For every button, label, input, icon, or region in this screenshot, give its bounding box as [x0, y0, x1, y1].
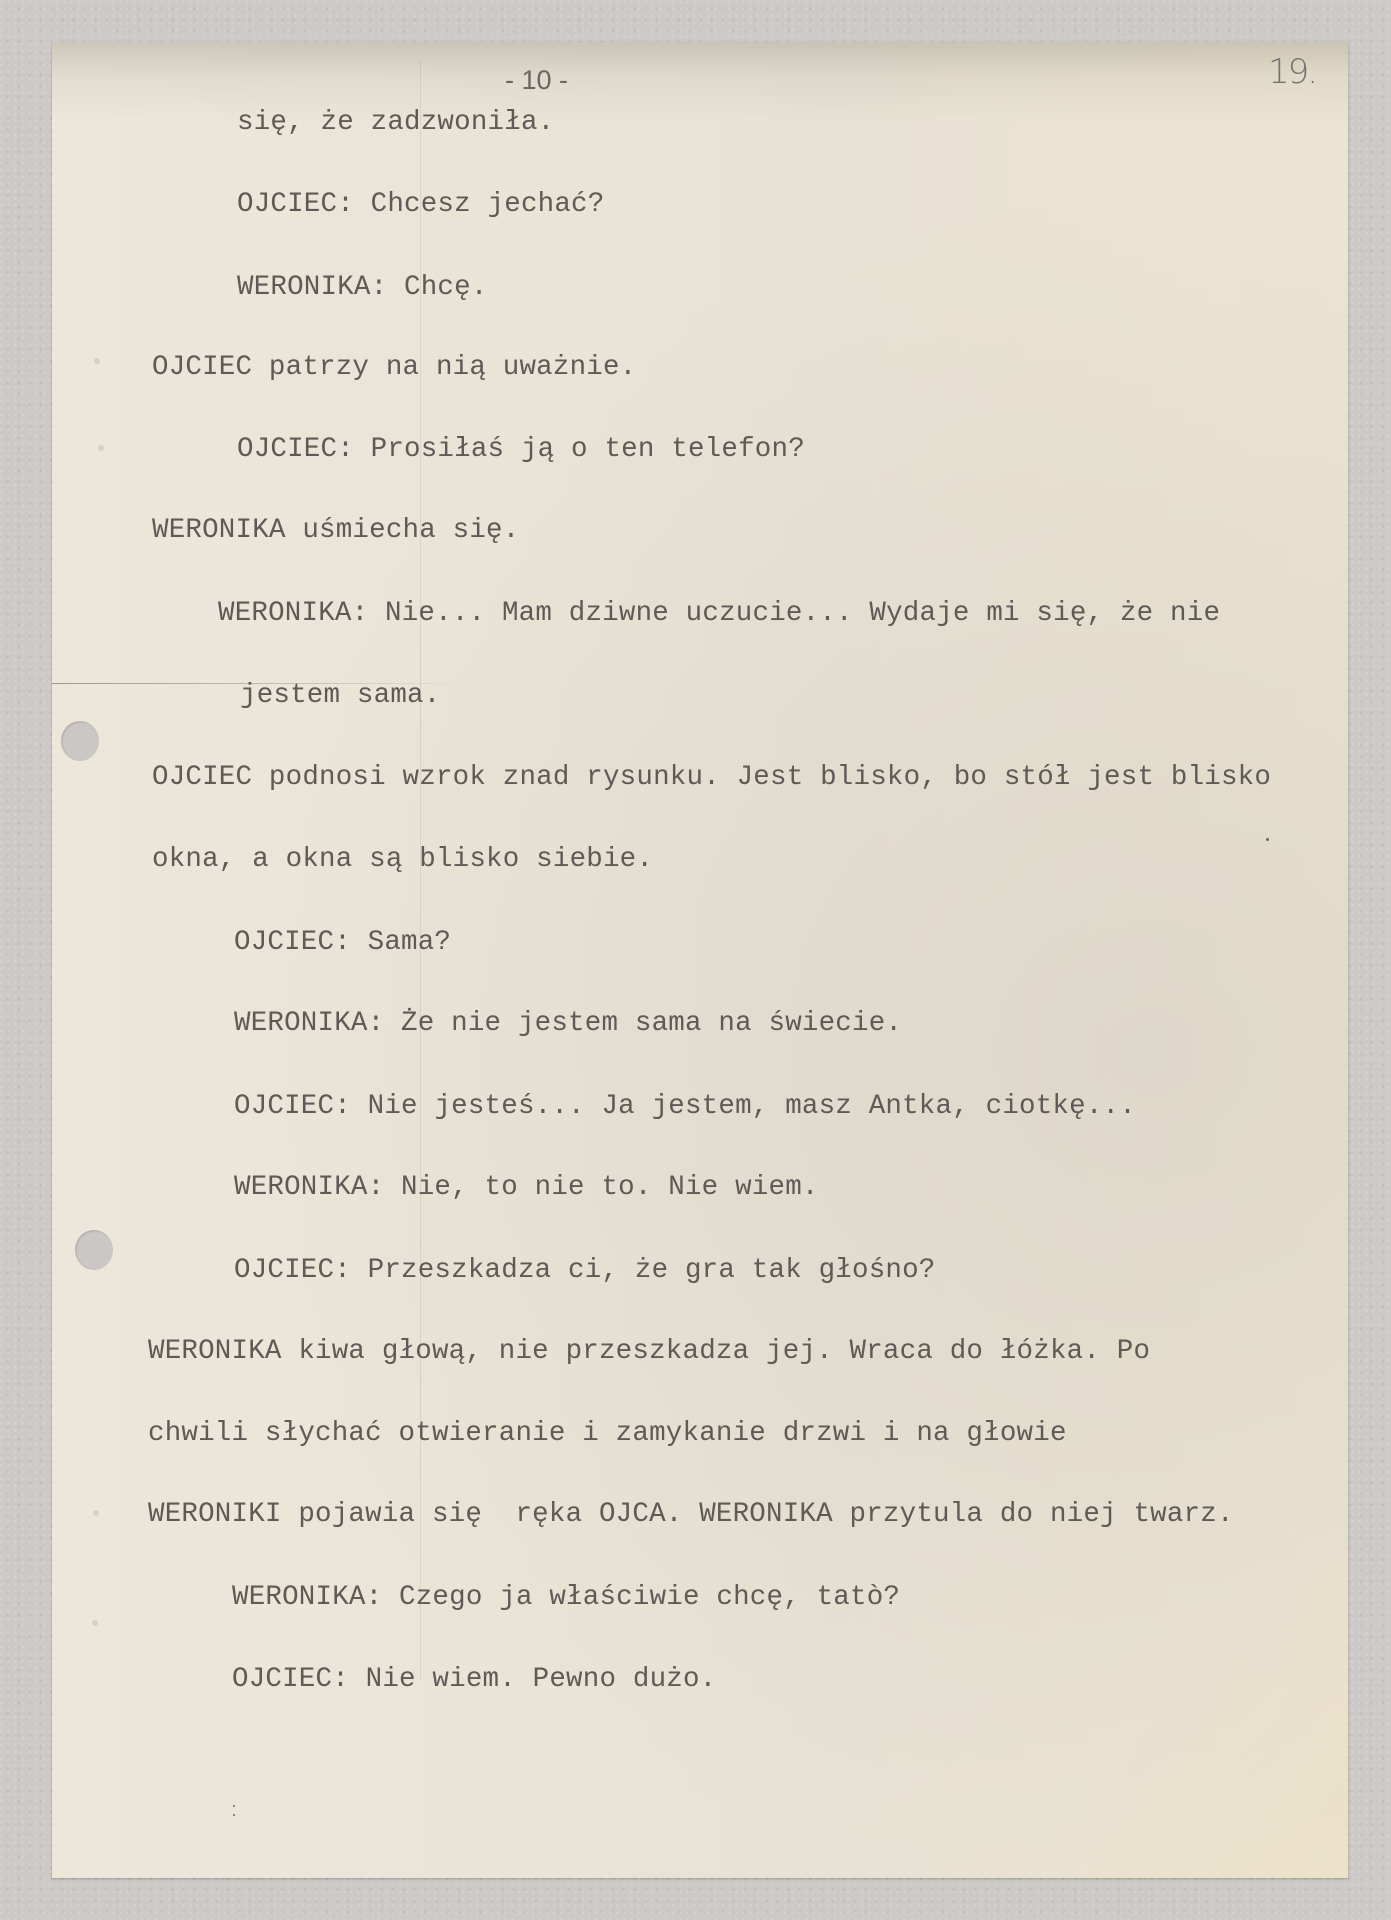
- text-line: się, że zadzwoniła.: [237, 107, 554, 139]
- page-number: - 10 -: [505, 65, 568, 96]
- action-line: WERONIKA kiwa głową, nie przeszkadza jej…: [148, 1336, 1150, 1368]
- punch-hole-bottom: [75, 1230, 113, 1270]
- action-line: WERONIKI pojawia się ręka OJCA. WERONIKA…: [148, 1499, 1234, 1531]
- action-line: OJCIEC patrzy na nią uważnie.: [152, 352, 636, 384]
- dialogue-line: WERONIKA: Nie... Mam dziwne uczucie... W…: [218, 598, 1220, 630]
- action-line: WERONIKA uśmiecha się.: [152, 515, 519, 547]
- dialogue-continuation-line: jestem sama.: [240, 680, 440, 712]
- action-line: okna, a okna są blisko siebie.: [152, 844, 653, 876]
- ink-speck: [233, 1814, 235, 1816]
- dialogue-line: OJCIEC: Prosiłaś ją o ten telefon?: [237, 434, 805, 466]
- ink-speck: [233, 1805, 235, 1807]
- archive-number-handwritten: 19.: [1268, 52, 1316, 92]
- dialogue-line: OJCIEC: Nie wiem. Pewno dużo.: [232, 1664, 716, 1696]
- staple-mark: [98, 445, 104, 451]
- punch-hole-top: [61, 721, 99, 761]
- dialogue-line: OJCIEC: Sama?: [234, 927, 451, 959]
- dialogue-line: WERONIKA: Nie, to nie to. Nie wiem.: [234, 1172, 819, 1204]
- staple-mark: [94, 358, 100, 364]
- dialogue-line: WERONIKA: Chcę.: [237, 272, 488, 304]
- staple-mark: [92, 1620, 98, 1626]
- action-line: chwili słychać otwieranie i zamykanie dr…: [148, 1418, 1067, 1450]
- dialogue-line: WERONIKA: Czego ja właściwie chcę, tatò?: [232, 1582, 900, 1614]
- dialogue-line: OJCIEC: Nie jesteś... Ja jestem, masz An…: [234, 1091, 1136, 1123]
- dialogue-line: OJCIEC: Chcesz jechać?: [237, 189, 604, 221]
- dialogue-line: OJCIEC: Przeszkadza ci, że gra tak głośn…: [234, 1255, 936, 1287]
- dialogue-line: WERONIKA: Że nie jestem sama na świecie.: [234, 1008, 902, 1040]
- staple-mark: [93, 1510, 99, 1516]
- action-line: OJCIEC podnosi wzrok znad rysunku. Jest …: [152, 762, 1271, 794]
- ink-speck: [1266, 838, 1269, 841]
